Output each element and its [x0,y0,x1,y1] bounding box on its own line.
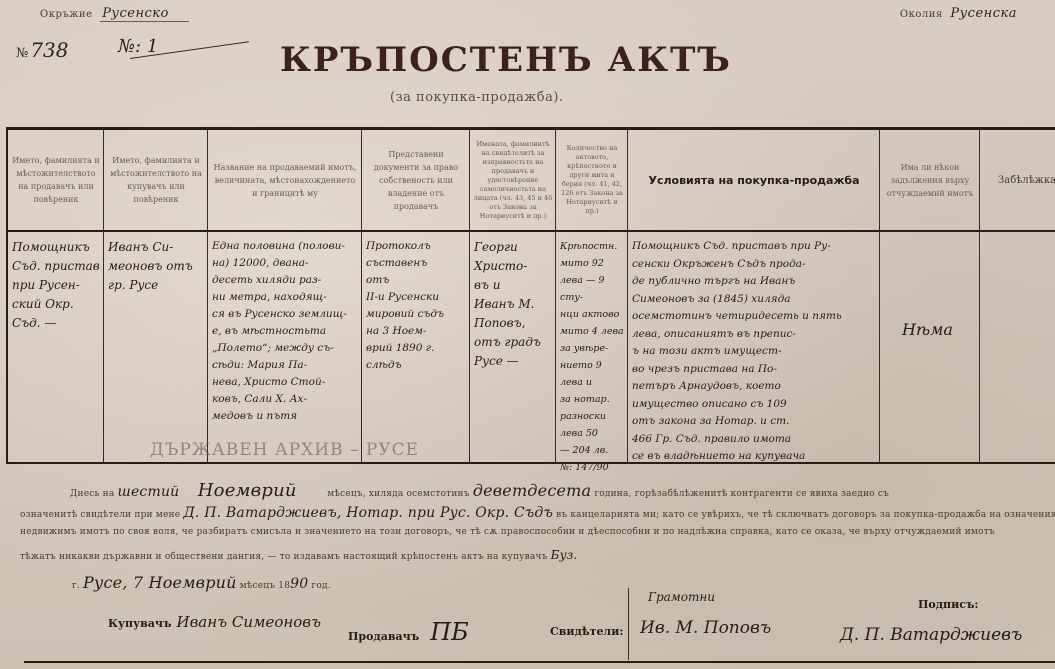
county-value: Русенска [950,6,1025,21]
text: тѣжатъ никакви държавни и обществени дан… [20,552,548,562]
document-page: Окръжие Русенско Околия Русенска №738 №:… [0,0,1055,669]
header-documents: Представени документи за право собствено… [362,134,470,226]
buyer-label: Купувачъ [108,617,171,630]
seller-label: Продавачъ [348,630,419,643]
county-label: Околия [900,9,943,20]
text: г. [72,581,80,591]
number-label: № [16,46,28,61]
witnesses-label-text: Свидѣтели: [550,625,623,638]
cell-property: Една половина (полови- на) 12000, двана-… [208,238,362,425]
header-witnesses: Имената, фамилиитѣ на свидѣтелитѣ за изп… [470,134,556,226]
witness-bracket [628,588,636,660]
cell-encumbrances: Нѣма [898,320,978,339]
handwritten-notary: Д. П. Ватарджиевъ, Нотар. при Рус. Окр. … [183,505,553,521]
seller-signature: ПБ [430,618,469,646]
witness-1-signature: Грамотни [648,590,715,604]
header-property: Название на продаваемий имотъ, величинат… [208,134,362,226]
header-encumbrances: Има ли нѣкои задължения върху отчуждаеми… [880,134,980,226]
header-buyer: Името, фамилията и мѣстожителството на к… [104,134,208,226]
notary-signature: Д. П. Ватарджиевъ [840,625,1022,645]
header-conditions: Условията на покупка-продажба [628,134,880,226]
body-line-2: означенитѣ свидѣтели при мене Д. П. Вата… [20,505,1055,521]
district-field: Окръжие Русенско [40,6,189,21]
page-subtitle: (за покупка-продажба). [390,90,564,105]
bottom-rule [24,661,1055,663]
header-row-divider [8,230,1055,232]
text: година, горѣзабѣлѣженитѣ контрагенти се … [594,489,889,499]
handwritten-year: деветдесета [473,481,592,500]
page-title: КРЪПОСТЕНЪ АКТЪ [280,40,732,80]
cell-witnesses: Георги Христо- въ и Иванъ М. Поповъ, отъ… [470,238,556,371]
district-label: Окръжие [40,9,93,20]
number-value: 738 [30,38,68,62]
cell-seller: Помощникъ Съд. пристав при Русен- ский О… [8,238,104,333]
body-line-4: тѣжатъ никакви държавни и обществени дан… [20,548,1055,562]
cell-buyer: Иванъ Си- меоновъ отъ гр. Русе [104,238,208,295]
text: мѣсецъ, хиляда осемстотинъ [327,489,469,499]
cell-documents: Протоколъ съставенъ отъ II-и Русенски ми… [362,238,470,374]
body-line-3: недвижимъ имотъ по своя воля, че разбира… [20,527,1055,537]
header-notes: Забѣлѣжка [980,134,1055,226]
text: въ канцеларията ми; като се увѣрихъ, че … [556,510,1055,520]
witness-2-signature: Ив. М. Поповъ [640,618,771,638]
text: год. [311,581,330,591]
cell-conditions: Помощникъ Съд. приставъ при Ру- сенски О… [628,238,880,466]
seller-signature-block: Продавачъ ПБ [348,618,469,646]
handwritten-date: Русе, 7 Ноемврий [83,573,237,592]
text: Днесь на [70,489,114,499]
act-number: №738 [16,38,69,62]
body-line-1: Днесь на шестий Ноемврий мѣсецъ, хиляда … [70,480,1055,501]
header-seller: Името, фамилията и мѣстожителството на п… [8,134,104,226]
deed-table: Името, фамилията и мѣстожителството на п… [6,127,1055,464]
header-fees: Количество на актовото, крѣпостното и др… [556,134,628,226]
district-value: Русенско [100,6,189,22]
text: означенитѣ свидѣтели при мене [20,510,180,520]
handwritten-day: шестий [117,484,179,500]
archive-watermark: ДЪРЖАВЕН АРХИВ – РУСЕ [150,440,419,460]
witnesses-label: Свидѣтели: [550,620,623,639]
buyer-signature: Иванъ Симеоновъ [177,613,322,631]
signature-label: Подписъ: [918,598,978,611]
handwritten-mark: Буз. [551,548,578,562]
text: мѣсецъ 18 [240,581,290,591]
cell-fees: Крѣпостн. мито 92 лева — 9 сту- нци акто… [556,238,628,476]
handwritten-year-digits: 90 [290,576,308,592]
date-line: г. Русе, 7 Ноемврий мѣсецъ 1890 год. [72,573,1055,592]
buyer-signature-block: Купувачъ Иванъ Симеоновъ [108,612,321,631]
county-field: Околия Русенска [900,6,1025,21]
handwritten-month: Ноемврий [198,480,297,501]
